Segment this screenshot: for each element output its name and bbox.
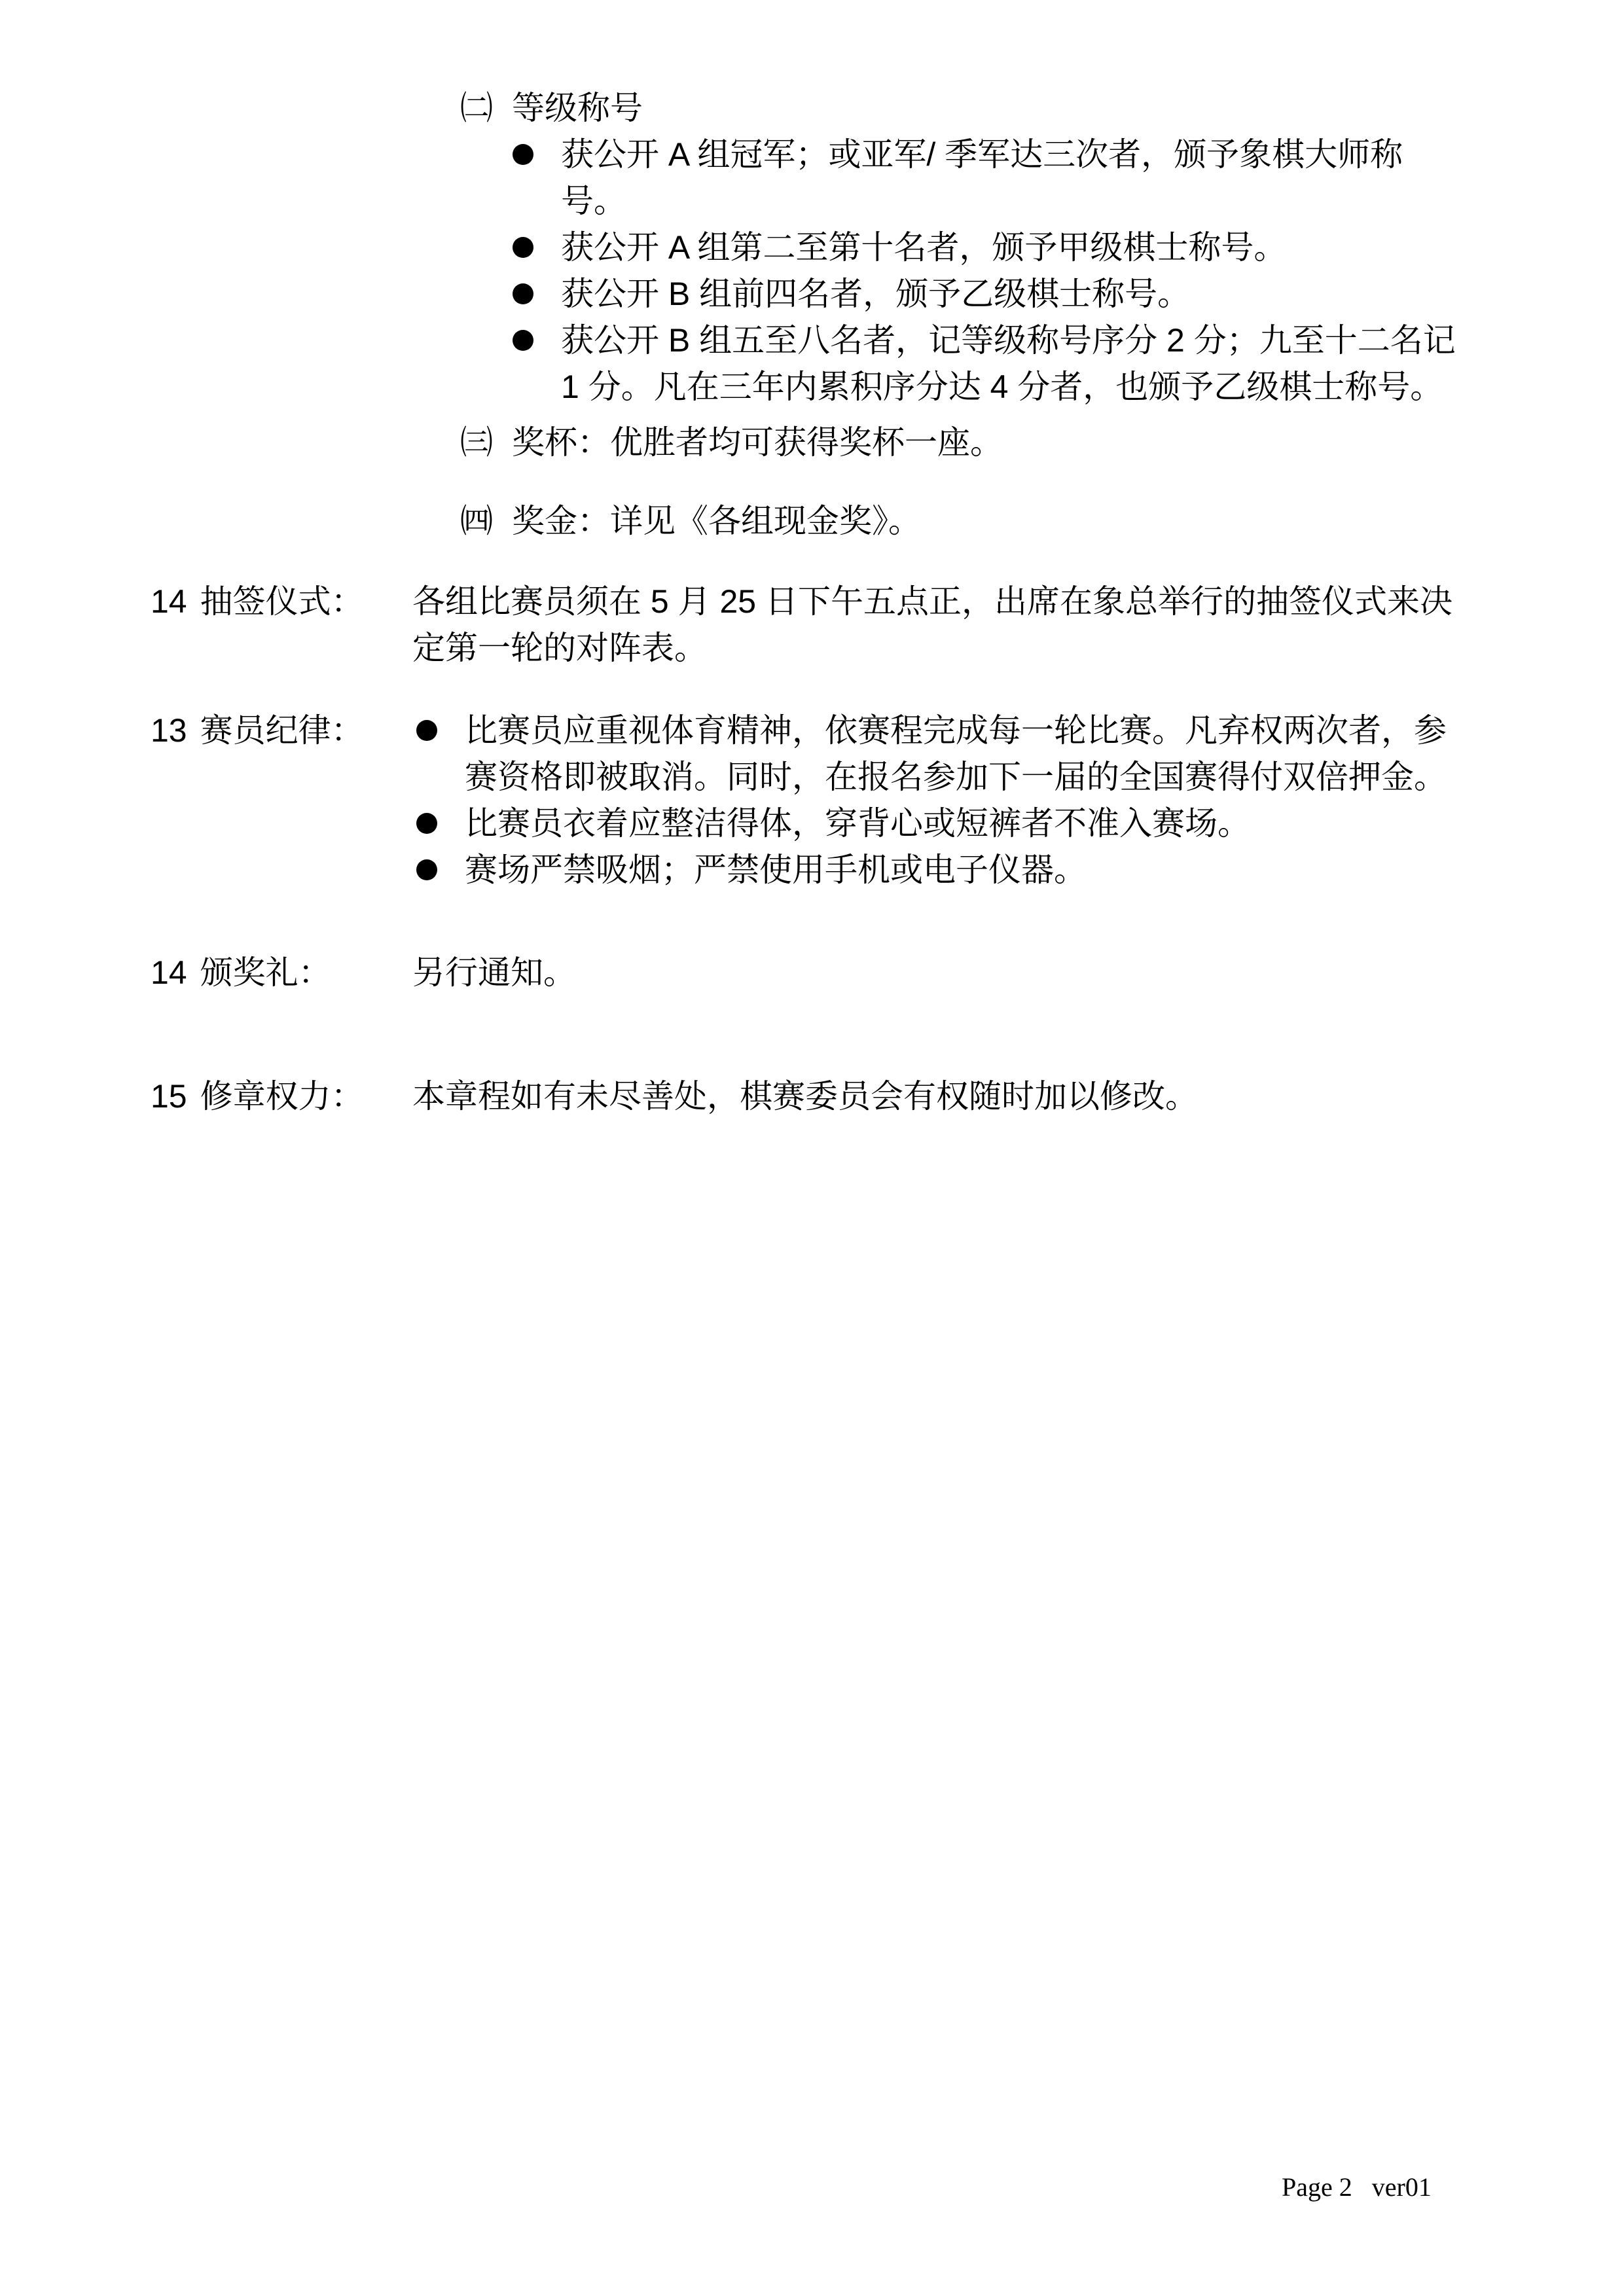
page-number: Page 2 [1282, 2172, 1352, 2203]
text-line: 获公开 B 组五至八名者，记等级称号序分 2 分；九至十二名记 [561, 317, 1456, 364]
subsection-rank-titles: ㈡ 等级称号 获公开 A 组冠军；或亚军/ 季军达三次者，颁予象棋大师称 号。 … [460, 85, 1456, 410]
text-line: 获公开 B 组前四名者，颁予乙级棋士称号。 [561, 271, 1190, 317]
section-body: 各组比赛员须在 5 月 25 日下午五点正，出席在象总举行的抽签仪式来决 定第一… [412, 579, 1453, 672]
list-item-text: 比赛员衣着应整洁得体，穿背心或短裤者不准入赛场。 [465, 800, 1250, 847]
text-line: 1 分。凡在三年内累积序分达 4 分者，也颁予乙级棋士称号。 [561, 364, 1456, 410]
bullet-icon [513, 330, 533, 351]
text-line: 号。 [561, 178, 1403, 224]
text-line: 赛场严禁吸烟；严禁使用手机或电子仪器。 [465, 847, 1087, 893]
section-draw-ceremony: 14 抽签仪式： 各组比赛员须在 5 月 25 日下午五点正，出席在象总举行的抽… [151, 579, 1453, 672]
section-label-group: 14 颁奖礼： [151, 950, 412, 996]
trophy-row: ㈢ 奖杯：优胜者均可获得奖杯一座。 [460, 420, 1003, 466]
section-number: 14 [151, 950, 187, 996]
cash-prize-row: ㈣ 奖金：详见《各组现金奖》。 [460, 498, 921, 545]
section-label-group: 13 赛员纪律： [151, 708, 412, 754]
bullet-icon [416, 859, 437, 880]
rank-titles-heading: 等级称号 [512, 85, 643, 132]
parenthesized-two-marker: ㈡ [460, 85, 512, 132]
section-label: 赛员纪律： [200, 708, 364, 754]
bullet-icon [416, 813, 437, 834]
list-item: 获公开 A 组冠军；或亚军/ 季军达三次者，颁予象棋大师称 号。 [460, 132, 1456, 224]
list-item: 获公开 A 组第二至第十名者，颁予甲级棋士称号。 [460, 224, 1456, 271]
text-line: 比赛员应重视体育精神，依赛程完成每一轮比赛。凡弃权两次者，参 [465, 708, 1447, 754]
list-item-text: 获公开 A 组第二至第十名者，颁予甲级棋士称号。 [561, 224, 1286, 271]
parenthesized-four-marker: ㈣ [460, 498, 512, 545]
list-item: 比赛员应重视体育精神，依赛程完成每一轮比赛。凡弃权两次者，参 赛资格即被取消。同… [412, 708, 1447, 800]
text-line: 本章程如有未尽善处，棋赛委员会有权随时加以修改。 [412, 1073, 1198, 1120]
section-label: 抽签仪式： [200, 579, 364, 625]
cash-prize-text: 奖金：详见《各组现金奖》。 [512, 498, 921, 545]
text-line: 比赛员衣着应整洁得体，穿背心或短裤者不准入赛场。 [465, 800, 1250, 847]
list-item-text: 获公开 B 组前四名者，颁予乙级棋士称号。 [561, 271, 1190, 317]
list-item: 获公开 B 组五至八名者，记等级称号序分 2 分；九至十二名记 1 分。凡在三年… [460, 317, 1456, 410]
subsection-cash-prize: ㈣ 奖金：详见《各组现金奖》。 [460, 498, 921, 545]
bullet-icon [416, 720, 437, 741]
list-item: 比赛员衣着应整洁得体，穿背心或短裤者不准入赛场。 [412, 800, 1447, 847]
section-number: 14 [151, 579, 187, 625]
list-item: 获公开 B 组前四名者，颁予乙级棋士称号。 [460, 271, 1456, 317]
section-label-group: 15 修章权力： [151, 1073, 412, 1120]
section-label-group: 14 抽签仪式： [151, 579, 412, 625]
list-item-text: 获公开 B 组五至八名者，记等级称号序分 2 分；九至十二名记 1 分。凡在三年… [561, 317, 1456, 410]
list-item-text: 赛场严禁吸烟；严禁使用手机或电子仪器。 [465, 847, 1087, 893]
bullet-icon [513, 144, 533, 165]
text-line: 各组比赛员须在 5 月 25 日下午五点正，出席在象总举行的抽签仪式来决 [412, 579, 1453, 625]
subsection-trophy: ㈢ 奖杯：优胜者均可获得奖杯一座。 [460, 420, 1003, 466]
section-award-ceremony: 14 颁奖礼： 另行通知。 [151, 950, 576, 996]
section-body: 本章程如有未尽善处，棋赛委员会有权随时加以修改。 [412, 1073, 1198, 1120]
bullet-icon [513, 237, 533, 258]
text-line: 赛资格即被取消。同时，在报名参加下一届的全国赛得付双倍押金。 [465, 754, 1447, 800]
section-label: 颁奖礼： [200, 950, 331, 996]
bullet-icon [513, 283, 533, 304]
rank-titles-heading-row: ㈡ 等级称号 [460, 85, 1456, 132]
section-body: 比赛员应重视体育精神，依赛程完成每一轮比赛。凡弃权两次者，参 赛资格即被取消。同… [412, 708, 1447, 893]
list-item-text: 比赛员应重视体育精神，依赛程完成每一轮比赛。凡弃权两次者，参 赛资格即被取消。同… [465, 708, 1447, 800]
parenthesized-three-marker: ㈢ [460, 420, 512, 466]
document-page: ㈡ 等级称号 获公开 A 组冠军；或亚军/ 季军达三次者，颁予象棋大师称 号。 … [0, 0, 1624, 2296]
text-line: 获公开 A 组冠军；或亚军/ 季军达三次者，颁予象棋大师称 [561, 132, 1403, 178]
section-label: 修章权力： [200, 1073, 364, 1120]
list-item-text: 获公开 A 组冠军；或亚军/ 季军达三次者，颁予象棋大师称 号。 [561, 132, 1403, 224]
section-number: 13 [151, 708, 187, 754]
version-label: ver01 [1372, 2172, 1432, 2203]
text-line: 定第一轮的对阵表。 [412, 625, 1453, 672]
section-body: 另行通知。 [412, 950, 576, 996]
text-line: 另行通知。 [412, 950, 576, 996]
section-number: 15 [151, 1073, 187, 1120]
list-item: 赛场严禁吸烟；严禁使用手机或电子仪器。 [412, 847, 1447, 893]
section-amendment-rights: 15 修章权力： 本章程如有未尽善处，棋赛委员会有权随时加以修改。 [151, 1073, 1198, 1120]
section-player-discipline: 13 赛员纪律： 比赛员应重视体育精神，依赛程完成每一轮比赛。凡弃权两次者，参 … [151, 708, 1447, 893]
page-footer: Page 2 ver01 [1282, 2172, 1432, 2203]
text-line: 获公开 A 组第二至第十名者，颁予甲级棋士称号。 [561, 224, 1286, 271]
trophy-text: 奖杯：优胜者均可获得奖杯一座。 [512, 420, 1003, 466]
